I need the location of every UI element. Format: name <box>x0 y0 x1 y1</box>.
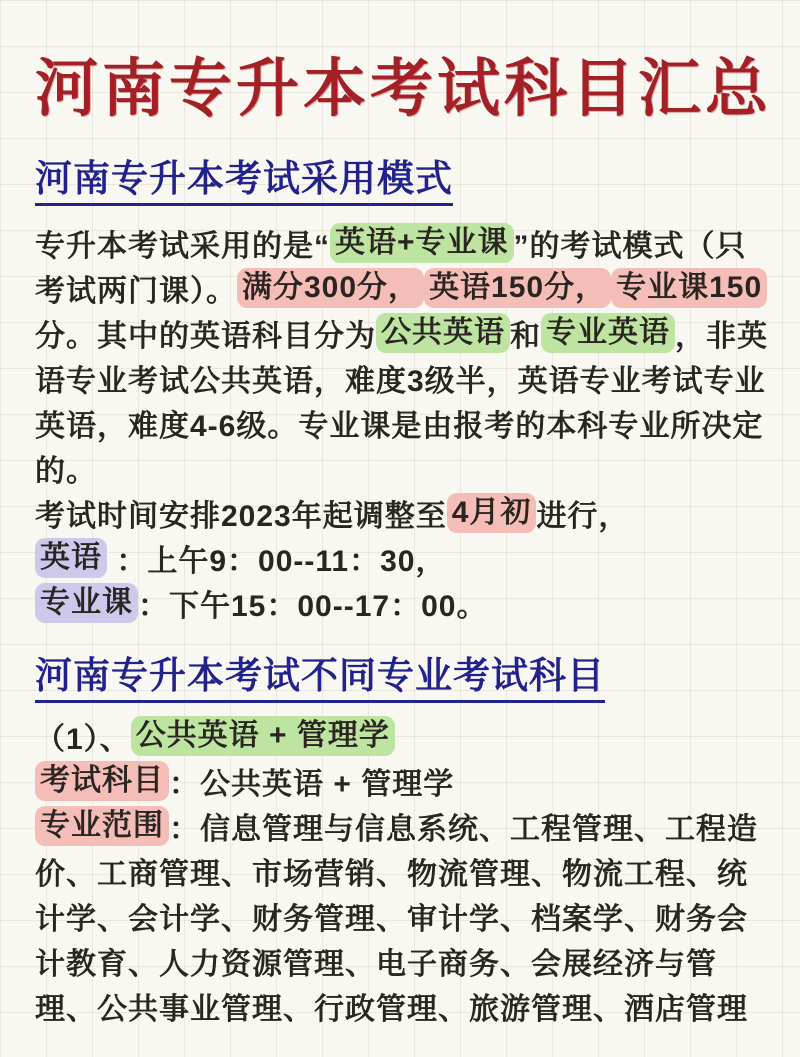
body-text: 和 <box>510 311 541 355</box>
body-text: ：公共英语 + 管理学 <box>169 759 454 803</box>
body-text: 考试时间安排2023年起调整至 <box>35 491 447 535</box>
text-line: （1）、公共英语 + 管理学 <box>35 713 765 758</box>
text-line: 考试两门课）。满分300分，英语150分，专业课150 <box>35 265 765 310</box>
body-text: （1）、 <box>35 714 131 758</box>
body-text: ”的考试模式（只 <box>514 221 747 265</box>
text-line: 考试时间安排2023年起调整至4月初进行， <box>35 490 765 535</box>
body-text: 计学、会计学、财务管理、审计学、档案学、财务会 <box>35 894 748 938</box>
section-heading-subjects-by-major: 河南专升本考试不同专业考试科目 <box>35 655 765 703</box>
text-line: 分。其中的英语科目分为公共英语和专业英语，非英 <box>35 310 765 355</box>
highlight-pink: 满分300分， <box>237 268 424 308</box>
body-text: 的。 <box>35 446 97 490</box>
highlight-pink: 专业课150 <box>611 268 767 308</box>
section-heading-text: 河南专升本考试采用模式 <box>35 158 453 206</box>
text-line: 专业课：下午15：00--17：00。 <box>35 580 765 625</box>
section-body-subjects-by-major: （1）、公共英语 + 管理学考试科目：公共英语 + 管理学专业范围：信息管理与信… <box>35 713 765 1028</box>
highlight-green: 公共英语 <box>376 313 510 353</box>
highlight-pink: 4月初 <box>447 493 537 533</box>
text-line: 价、工商管理、市场营销、物流管理、物流工程、统 <box>35 848 765 893</box>
body-text: 价、工商管理、市场营销、物流管理、物流工程、统 <box>35 849 748 893</box>
highlight-green: 专业英语 <box>541 313 675 353</box>
body-text: ，非英 <box>675 311 768 355</box>
text-line: 英语 ：上午9：00--11：30， <box>35 535 765 580</box>
section-heading-text: 河南专升本考试不同专业考试科目 <box>35 655 605 703</box>
body-text: ：上午9：00--11：30， <box>107 536 446 580</box>
body-text: 理、公共事业管理、行政管理、旅游管理、酒店管理 <box>35 984 748 1028</box>
poster: 河南专升本考试科目汇总 河南专升本考试采用模式 专升本考试采用的是“英语+专业课… <box>0 0 800 1057</box>
body-text: 英语，难度4-6级。专业课是由报考的本科专业所决定 <box>35 401 763 445</box>
section-heading-exam-mode: 河南专升本考试采用模式 <box>35 158 765 206</box>
body-text: ：信息管理与信息系统、工程管理、工程造 <box>169 804 758 848</box>
text-line: 语专业考试公共英语，难度3级半，英语专业考试专业 <box>35 355 765 400</box>
body-text: ：下午15：00--17：00。 <box>138 581 487 625</box>
body-text: 专升本考试采用的是“ <box>35 221 330 265</box>
text-line: 英语，难度4-6级。专业课是由报考的本科专业所决定 <box>35 400 765 445</box>
highlight-green: 英语+专业课 <box>330 223 514 263</box>
text-line: 计教育、人力资源管理、电子商务、会展经济与管 <box>35 938 765 983</box>
text-line: 专升本考试采用的是“英语+专业课”的考试模式（只 <box>35 220 765 265</box>
text-line: 的。 <box>35 445 765 490</box>
poster-content: 河南专升本考试科目汇总 河南专升本考试采用模式 专升本考试采用的是“英语+专业课… <box>0 0 800 1028</box>
highlight-pink: 专业范围 <box>35 806 169 846</box>
body-text: 进行， <box>536 491 629 535</box>
text-line: 专业范围：信息管理与信息系统、工程管理、工程造 <box>35 803 765 848</box>
body-text: 分。其中的英语科目分为 <box>35 311 376 355</box>
page-title: 河南专升本考试科目汇总 <box>35 0 765 128</box>
body-text: 考试两门课）。 <box>35 266 237 310</box>
highlight-purple: 英语 <box>35 538 107 578</box>
body-text: 计教育、人力资源管理、电子商务、会展经济与管 <box>35 939 717 983</box>
highlight-pink: 考试科目 <box>35 761 169 801</box>
text-line: 考试科目：公共英语 + 管理学 <box>35 758 765 803</box>
text-line: 计学、会计学、财务管理、审计学、档案学、财务会 <box>35 893 765 938</box>
text-line: 理、公共事业管理、行政管理、旅游管理、酒店管理 <box>35 983 765 1028</box>
highlight-green: 公共英语 + 管理学 <box>131 716 395 756</box>
highlight-purple: 专业课 <box>35 583 138 623</box>
body-text: 语专业考试公共英语，难度3级半，英语专业考试专业 <box>35 356 766 400</box>
highlight-pink: 英语150分， <box>424 268 611 308</box>
section-body-exam-mode: 专升本考试采用的是“英语+专业课”的考试模式（只考试两门课）。满分300分，英语… <box>35 220 765 625</box>
